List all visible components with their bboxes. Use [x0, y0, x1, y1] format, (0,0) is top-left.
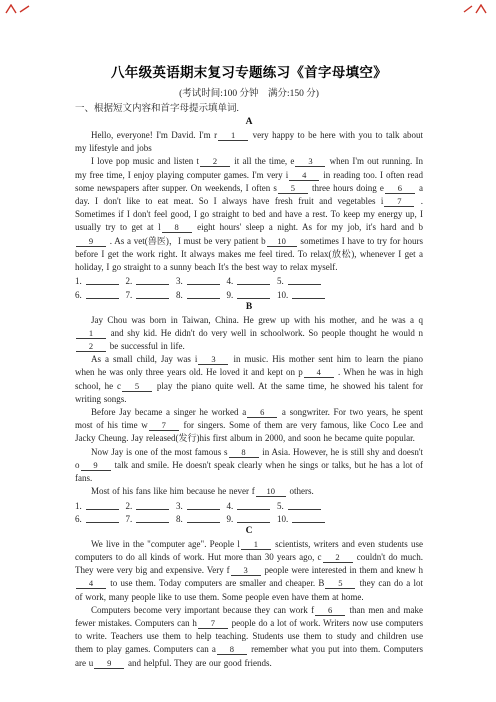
answer-slot: 6. [75, 513, 126, 525]
answer-number: 3. [176, 275, 183, 287]
answer-blank-line [288, 501, 321, 510]
passage-a-paragraph-1: Hello, everyone! I'm David. I'm r1 very … [75, 129, 423, 155]
fill-blank-a-3: 3 [295, 157, 325, 167]
fill-blank-a-7: 7 [384, 197, 414, 207]
answer-blank-line [237, 501, 270, 510]
answer-blank-line [86, 290, 119, 299]
fill-blank-b-1: 1 [76, 329, 106, 339]
answer-blank-line [187, 514, 220, 523]
answer-slot: 4. [227, 500, 278, 512]
answer-slot: 6. [75, 289, 126, 301]
answer-slot: 2. [126, 275, 177, 287]
answer-number: 4. [227, 500, 234, 512]
fill-blank-c-6: 6 [315, 606, 345, 616]
answer-blank-line [187, 290, 220, 299]
answer-number: 6. [75, 289, 82, 301]
answer-blank-line [136, 514, 169, 523]
fill-blank-b-2: 2 [76, 342, 106, 352]
answer-slot: 8. [176, 289, 227, 301]
answer-number: 3. [176, 500, 183, 512]
passage-b-paragraph-4: Now Jay is one of the most famous s8 in … [75, 446, 423, 486]
answer-number: 2. [126, 275, 133, 287]
fill-blank-a-5: 5 [278, 184, 308, 194]
answer-slot: 2. [126, 500, 177, 512]
answer-slot: 7. [126, 289, 177, 301]
fill-blank-a-2: 2 [200, 157, 230, 167]
corner-mark-left-icon [4, 4, 32, 15]
answer-slot: 3. [176, 500, 227, 512]
section-one-heading: 一、根据短文内容和首字母提示填单词. [75, 103, 423, 116]
answer-blank-line [292, 514, 325, 523]
fill-blank-b-8: 8 [229, 448, 259, 458]
passage-b-paragraph-5: Most of his fans like him because he nev… [75, 485, 423, 498]
answer-number: 2. [126, 500, 133, 512]
answer-number: 8. [176, 289, 183, 301]
document-content: 八年级英语期末复习专题练习《首字母填空》 (考试时间:100 分钟 满分:150… [75, 0, 423, 670]
fill-blank-c-1: 1 [241, 540, 271, 550]
answer-number: 4. [227, 275, 234, 287]
answer-number: 10. [277, 289, 288, 301]
passage-c-paragraph-2: Computers become very important because … [75, 604, 423, 670]
answer-number: 9. [227, 513, 234, 525]
fill-blank-b-9: 9 [81, 461, 111, 471]
fill-blank-a-4: 4 [289, 171, 319, 181]
answer-number: 8. [176, 513, 183, 525]
fill-blank-c-8: 8 [217, 645, 247, 655]
answer-number: 7. [126, 513, 133, 525]
answer-row-b-2: 6.7.8.9.10. [75, 512, 423, 525]
answer-row-b-1: 1.2.3.4.5. [75, 498, 423, 511]
answer-slot: 4. [227, 275, 278, 287]
passage-b-paragraph-1: Jay Chou was born in Taiwan, China. He g… [75, 314, 423, 354]
passages: AHello, everyone! I'm David. I'm r1 very… [75, 116, 423, 670]
fill-blank-a-6: 6 [385, 184, 415, 194]
fill-blank-a-10: 10 [267, 237, 297, 247]
answer-blank-line [237, 290, 270, 299]
answer-row-a-2: 6.7.8.9.10. [75, 287, 423, 300]
answer-slot: 9. [227, 513, 278, 525]
answer-number: 10. [277, 513, 288, 525]
fill-blank-c-9: 9 [94, 659, 124, 669]
answer-number: 6. [75, 513, 82, 525]
fill-blank-c-3: 3 [231, 566, 261, 576]
answer-blank-line [136, 290, 169, 299]
corner-mark-right-icon [461, 4, 491, 15]
answer-blank-line [237, 514, 270, 523]
document-page: 八年级英语期末复习专题练习《首字母填空》 (考试时间:100 分钟 满分:150… [0, 0, 496, 702]
answer-blank-line [292, 290, 325, 299]
fill-blank-b-4: 4 [304, 368, 334, 378]
passage-label-b: B [75, 301, 423, 314]
answer-number: 1. [75, 500, 82, 512]
answer-slot: 7. [126, 513, 177, 525]
answer-slot: 8. [176, 513, 227, 525]
answer-slot: 3. [176, 275, 227, 287]
passage-a-paragraph-2: I love pop music and listen t2 it all th… [75, 155, 423, 274]
answer-blank-line [187, 276, 220, 285]
answer-slot: 1. [75, 275, 126, 287]
page-title: 八年级英语期末复习专题练习《首字母填空》 [75, 64, 423, 81]
fill-blank-b-6: 6 [247, 408, 277, 418]
fill-blank-c-5: 5 [325, 579, 355, 589]
answer-slot: 1. [75, 500, 126, 512]
answer-slot: 10. [277, 289, 328, 301]
answer-number: 5. [277, 500, 284, 512]
fill-blank-a-9: 9 [76, 237, 106, 247]
answer-slot: 5. [277, 275, 328, 287]
answer-number: 5. [277, 275, 284, 287]
answer-number: 1. [75, 275, 82, 287]
passage-label-a: A [75, 116, 423, 129]
answer-number: 9. [227, 289, 234, 301]
answer-slot: 10. [277, 513, 328, 525]
answer-blank-line [237, 276, 270, 285]
passage-label-c: C [75, 525, 423, 538]
answer-blank-line [86, 501, 119, 510]
answer-row-a-1: 1.2.3.4.5. [75, 274, 423, 287]
answer-blank-line [187, 501, 220, 510]
answer-slot: 9. [227, 289, 278, 301]
fill-blank-c-2: 2 [323, 553, 353, 563]
passage-b-paragraph-3: Before Jay became a singer he worked a6 … [75, 406, 423, 446]
fill-blank-b-3: 3 [198, 355, 228, 365]
answer-number: 7. [126, 289, 133, 301]
passage-b-paragraph-2: As a small child, Jay was i3 in music. H… [75, 353, 423, 406]
answer-blank-line [288, 276, 321, 285]
fill-blank-b-10: 10 [256, 487, 286, 497]
answer-blank-line [136, 501, 169, 510]
fill-blank-a-1: 1 [218, 131, 248, 141]
fill-blank-a-8: 8 [162, 223, 192, 233]
answer-slot: 5. [277, 500, 328, 512]
answer-blank-line [86, 276, 119, 285]
fill-blank-b-7: 7 [149, 421, 179, 431]
exam-time-score-info: (考试时间:100 分钟 满分:150 分) [75, 88, 423, 100]
fill-blank-b-5: 5 [122, 382, 152, 392]
answer-blank-line [86, 514, 119, 523]
passage-c-paragraph-1: We live in the "computer age". People l1… [75, 538, 423, 604]
fill-blank-c-7: 7 [198, 619, 228, 629]
fill-blank-c-4: 4 [76, 579, 106, 589]
answer-blank-line [136, 276, 169, 285]
